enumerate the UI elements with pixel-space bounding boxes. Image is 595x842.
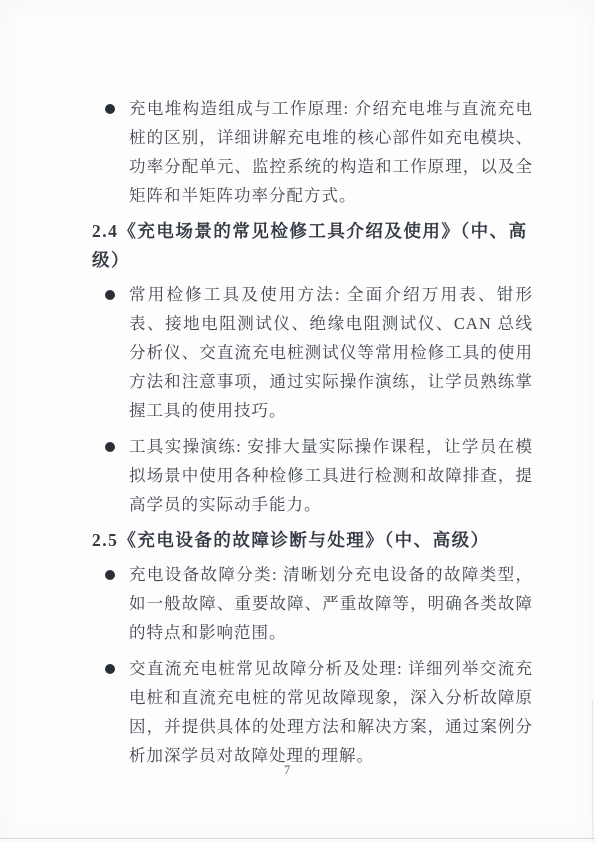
list-item: 充电设备故障分类: 清晰划分充电设备的故障类型，如一般故障、重要故障、严重故障等… [92, 560, 533, 647]
bullet-icon [105, 570, 115, 580]
list-item-text: 常用检修工具及使用方法: 全面介绍万用表、钳形表、接地电阻测试仪、绝缘电阻测试仪… [129, 285, 533, 420]
list-item-text: 充电堆构造组成与工作原理: 介绍充电堆与直流充电桩的区别，详细讲解充电堆的核心部… [129, 99, 533, 205]
list-item-text: 充电设备故障分类: 清晰划分充电设备的故障类型，如一般故障、重要故障、严重故障等… [129, 565, 533, 642]
list-item: 交直流充电桩常见故障分析及处理: 详细列举交流充电桩和直流充电桩的常见故障现象，… [92, 654, 533, 770]
course-outline: 充电堆构造组成与工作原理: 介绍充电堆与直流充电桩的区别，详细讲解充电堆的核心部… [92, 94, 533, 777]
list-item: 充电堆构造组成与工作原理: 介绍充电堆与直流充电桩的区别，详细讲解充电堆的核心部… [92, 94, 533, 210]
list-item-text: 交直流充电桩常见故障分析及处理: 详细列举交流充电桩和直流充电桩的常见故障现象，… [129, 659, 533, 765]
section-heading-2-5: 2.5《充电设备的故障诊断与处理》（中、高级） [92, 526, 533, 555]
document-page: 充电堆构造组成与工作原理: 介绍充电堆与直流充电桩的区别，详细讲解充电堆的核心部… [0, 0, 595, 842]
bullet-icon [105, 290, 115, 300]
scan-edge-line-right [592, 700, 593, 838]
scan-edge-line-bottom [0, 838, 595, 839]
section-heading-2-4: 2.4《充电场景的常见检修工具介绍及使用》（中、高级） [92, 217, 533, 275]
list-item-text: 工具实操演练: 安排大量实际操作课程，让学员在模拟场景中使用各种检修工具进行检测… [129, 437, 533, 514]
bullet-icon [105, 442, 115, 452]
bullet-icon [105, 104, 115, 114]
list-item: 工具实操演练: 安排大量实际操作课程，让学员在模拟场景中使用各种检修工具进行检测… [92, 432, 533, 519]
list-item: 常用检修工具及使用方法: 全面介绍万用表、钳形表、接地电阻测试仪、绝缘电阻测试仪… [92, 280, 533, 425]
bullet-icon [105, 664, 115, 674]
page-number: 7 [284, 763, 290, 778]
